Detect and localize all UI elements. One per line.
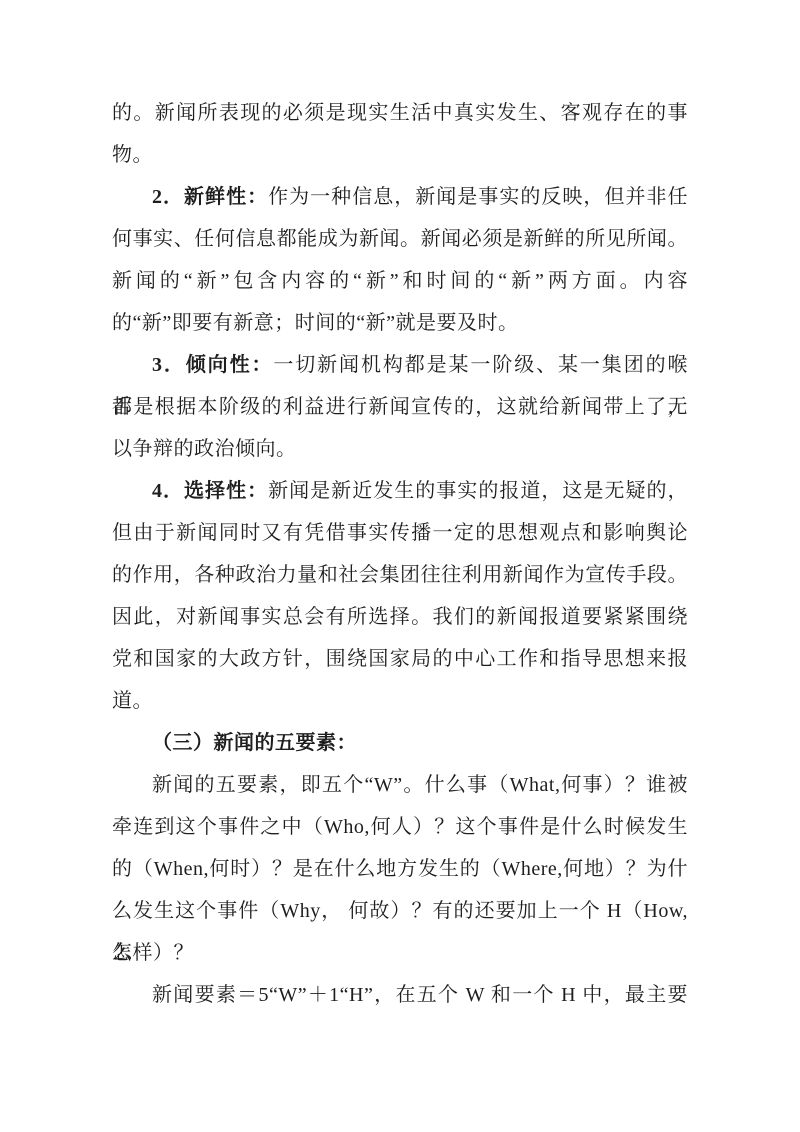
text-block: 的。新闻所表现的必须是现实生活中真实发生、客观存在的事物。2．新鲜性：作为一种信… [112,92,688,1016]
text-line: 牵连到这个事件之中（Who,何人）？这个事件是什么时候发生 [112,806,688,848]
text-line: 新闻的“新”包含内容的“新”和时间的“新”两方面。内容 [112,260,688,302]
text-run: 以争辩的政治倾向。 [112,438,297,460]
text-run: 都是根据本阶级的利益进行新闻宣传的，这就给新闻带上了无 [112,396,688,418]
text-line: 4．选择性：新闻是新近发生的事实的报道，这是无疑的， [112,470,688,512]
text-run: 物。 [112,144,153,166]
text-line: 的作用，各种政治力量和社会集团往往利用新闻作为宣传手段。 [112,554,688,596]
text-run: 的作用，各种政治力量和社会集团往往利用新闻作为宣传手段。 [112,564,688,586]
text-run: 新闻的五要素，即五个“W”。什么事（What,何事）？谁被 [152,774,688,796]
text-run: 新闻的“新”包含内容的“新”和时间的“新”两方面。内容 [112,270,688,292]
text-run: 的（When,何时）？是在什么地方发生的（Where,何地）？为什 [112,858,688,880]
text-line: 的。新闻所表现的必须是现实生活中真实发生、客观存在的事 [112,92,688,134]
text-run: 新闻要素＝5“W”＋1“H”，在五个 W 和一个 H 中，最主要 [152,984,688,1006]
text-line: 都是根据本阶级的利益进行新闻宣传的，这就给新闻带上了无 [112,386,688,428]
text-line: 的“新”即要有新意；时间的“新”就是要及时。 [112,302,688,344]
text-line: 但由于新闻同时又有凭借事实传播一定的思想观点和影响舆论 [112,512,688,554]
bold-heading-run: （三）新闻的五要素： [152,732,357,754]
text-run: 但由于新闻同时又有凭借事实传播一定的思想观点和影响舆论 [112,522,688,544]
bold-heading-run: 2．新鲜性： [152,186,268,208]
text-run: 新闻是新近发生的事实的报道，这是无疑的， [268,480,688,502]
text-run: 的。新闻所表现的必须是现实生活中真实发生、客观存在的事 [112,102,688,124]
bold-heading-run: 3．倾向性： [152,354,273,376]
text-line: 3．倾向性：一切新闻机构都是某一阶级、某一集团的喉舌， [112,344,688,386]
document-page: 的。新闻所表现的必须是现实生活中真实发生、客观存在的事物。2．新鲜性：作为一种信… [0,0,800,1132]
text-line: 因此，对新闻事实总会有所选择。我们的新闻报道要紧紧围绕 [112,596,688,638]
text-run: 么样）？ [112,942,194,964]
text-line: 新闻要素＝5“W”＋1“H”，在五个 W 和一个 H 中，最主要 [112,974,688,1016]
text-run: 何事实、任何信息都能成为新闻。新闻必须是新鲜的所见所闻。 [112,228,688,250]
text-line: 道。 [112,680,688,722]
text-run: 牵连到这个事件之中（Who,何人）？这个事件是什么时候发生 [112,816,688,838]
text-line: 何事实、任何信息都能成为新闻。新闻必须是新鲜的所见所闻。 [112,218,688,260]
text-line: 2．新鲜性：作为一种信息，新闻是事实的反映，但并非任 [112,176,688,218]
text-line: 物。 [112,134,688,176]
text-line: 以争辩的政治倾向。 [112,428,688,470]
text-run: 因此，对新闻事实总会有所选择。我们的新闻报道要紧紧围绕 [112,606,688,628]
text-run: 作为一种信息，新闻是事实的反映，但并非任 [268,186,688,208]
text-line: 么发生这个事件（Why， 何故）？有的还要加上一个 H（How,怎 [112,890,688,932]
text-run: 道。 [112,690,153,712]
text-line: 么样）？ [112,932,688,974]
text-line: 的（When,何时）？是在什么地方发生的（Where,何地）？为什 [112,848,688,890]
text-line: 新闻的五要素，即五个“W”。什么事（What,何事）？谁被 [112,764,688,806]
text-line: 党和国家的大政方针，围绕国家局的中心工作和指导思想来报 [112,638,688,680]
text-line: （三）新闻的五要素： [112,722,688,764]
text-run: 党和国家的大政方针，围绕国家局的中心工作和指导思想来报 [112,648,688,670]
bold-heading-run: 4．选择性： [152,480,268,502]
text-run: 的“新”即要有新意；时间的“新”就是要及时。 [112,312,519,334]
